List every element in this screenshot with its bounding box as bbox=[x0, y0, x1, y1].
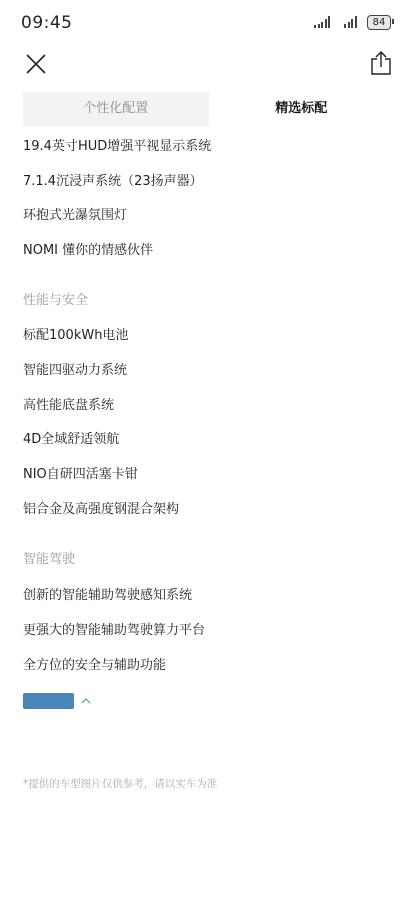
feature-item: 全方位的安全与辅助功能 bbox=[23, 654, 166, 673]
feature-item: 创新的智能辅助驾驶感知系统 bbox=[23, 584, 192, 603]
feature-item: 19.4英寸HUD增强平视显示系统 bbox=[23, 135, 211, 154]
status-time: 09:45 bbox=[21, 13, 73, 33]
close-icon[interactable] bbox=[25, 53, 47, 75]
feature-item: 7.1.4沉浸声系统（23扬声器） bbox=[23, 170, 203, 189]
feature-item: 4D全域舒适领航 bbox=[23, 428, 119, 447]
feature-item: 高性能底盘系统 bbox=[23, 394, 114, 413]
share-icon[interactable] bbox=[370, 50, 392, 76]
signal-icon-2 bbox=[344, 16, 357, 28]
config-tabs: 个性化配置 精选标配 bbox=[23, 92, 394, 126]
section-heading-performance: 性能与安全 bbox=[23, 289, 88, 308]
chevron-up-icon[interactable] bbox=[81, 696, 91, 706]
battery-icon: 84 bbox=[367, 15, 391, 30]
collapse-button[interactable] bbox=[23, 693, 74, 709]
battery-tip bbox=[392, 19, 394, 24]
feature-item: 标配100kWh电池 bbox=[23, 324, 128, 343]
feature-item: 环抱式光瀑氛围灯 bbox=[23, 204, 127, 223]
feature-item: 铝合金及高强度钢混合架构 bbox=[23, 498, 179, 517]
section-heading-driving: 智能驾驶 bbox=[23, 548, 75, 567]
feature-item: 更强大的智能辅助驾驶算力平台 bbox=[23, 619, 205, 638]
feature-item: NIO自研四活塞卡钳 bbox=[23, 463, 138, 482]
tab-standard-features[interactable]: 精选标配 bbox=[209, 92, 395, 126]
disclaimer-text: *提供的车型图片仅供参考，请以实车为准 bbox=[23, 776, 217, 791]
status-bar: 09:45 84 bbox=[0, 0, 417, 46]
feature-item: 智能四驱动力系统 bbox=[23, 359, 127, 378]
signal-icon-1 bbox=[314, 16, 330, 28]
tab-personalized-config[interactable]: 个性化配置 bbox=[23, 92, 209, 126]
feature-item: NOMI 懂你的情感伙伴 bbox=[23, 239, 153, 258]
